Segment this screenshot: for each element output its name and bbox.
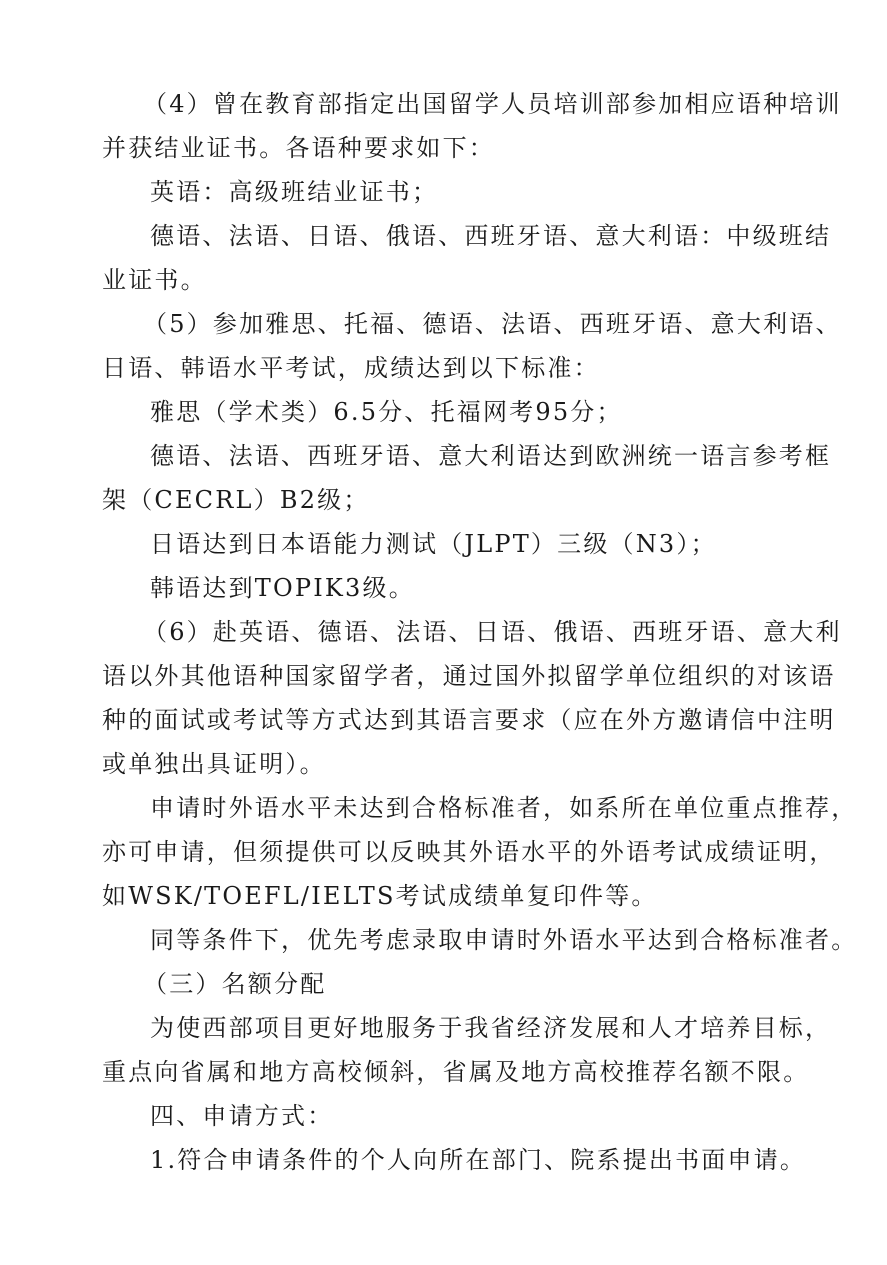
ielts-toefl-requirement: 雅思（学术类）6.5分、托福网考95分； xyxy=(150,390,800,434)
other-languages-requirement-line-1: 德语、法语、日语、俄语、西班牙语、意大利语：中级班结 xyxy=(150,214,800,258)
paragraph-5-line-2: 日语、韩语水平考试，成绩达到以下标准： xyxy=(102,346,802,390)
jlpt-requirement: 日语达到日本语能力测试（JLPT）三级（N3）； xyxy=(150,522,800,566)
paragraph-6-line-4: 或单独出具证明）。 xyxy=(102,742,802,786)
document-page: （4）曾在教育部指定出国留学人员培训部参加相应语种培训 并获结业证书。各语种要求… xyxy=(0,0,887,1265)
quota-paragraph-line-1: 为使西部项目更好地服务于我省经济发展和人才培养目标， xyxy=(150,1006,800,1050)
cecrl-requirement-line-2: 架（CECRL）B2级； xyxy=(102,478,802,522)
exception-paragraph-line-2: 亦可申请，但须提供可以反映其外语水平的外语考试成绩证明， xyxy=(102,830,802,874)
application-step-1: 1.符合申请条件的个人向所在部门、院系提出书面申请。 xyxy=(150,1138,800,1182)
section-application-heading: 四、申请方式： xyxy=(150,1094,800,1138)
topik-requirement: 韩语达到TOPIK3级。 xyxy=(150,566,800,610)
paragraph-4-line-2: 并获结业证书。各语种要求如下： xyxy=(102,126,802,170)
exception-paragraph-line-3: 如WSK/TOEFL/IELTS考试成绩单复印件等。 xyxy=(102,874,802,918)
other-languages-requirement-line-2: 业证书。 xyxy=(102,258,802,302)
exception-paragraph-line-1: 申请时外语水平未达到合格标准者，如系所在单位重点推荐， xyxy=(150,786,800,830)
english-requirement: 英语：高级班结业证书； xyxy=(150,170,800,214)
paragraph-5-line-1: （5）参加雅思、托福、德语、法语、西班牙语、意大利语、 xyxy=(143,302,800,346)
quota-paragraph-line-2: 重点向省属和地方高校倾斜，省属及地方高校推荐名额不限。 xyxy=(102,1050,802,1094)
priority-paragraph: 同等条件下，优先考虑录取申请时外语水平达到合格标准者。 xyxy=(150,918,800,962)
paragraph-6-line-3: 种的面试或考试等方式达到其语言要求（应在外方邀请信中注明 xyxy=(102,698,802,742)
section-quota-heading: （三）名额分配 xyxy=(143,962,800,1006)
cecrl-requirement-line-1: 德语、法语、西班牙语、意大利语达到欧洲统一语言参考框 xyxy=(150,434,800,478)
paragraph-6-line-1: （6）赴英语、德语、法语、日语、俄语、西班牙语、意大利 xyxy=(143,610,800,654)
paragraph-6-line-2: 语以外其他语种国家留学者，通过国外拟留学单位组织的对该语 xyxy=(102,654,802,698)
paragraph-4-line-1: （4）曾在教育部指定出国留学人员培训部参加相应语种培训 xyxy=(143,82,800,126)
